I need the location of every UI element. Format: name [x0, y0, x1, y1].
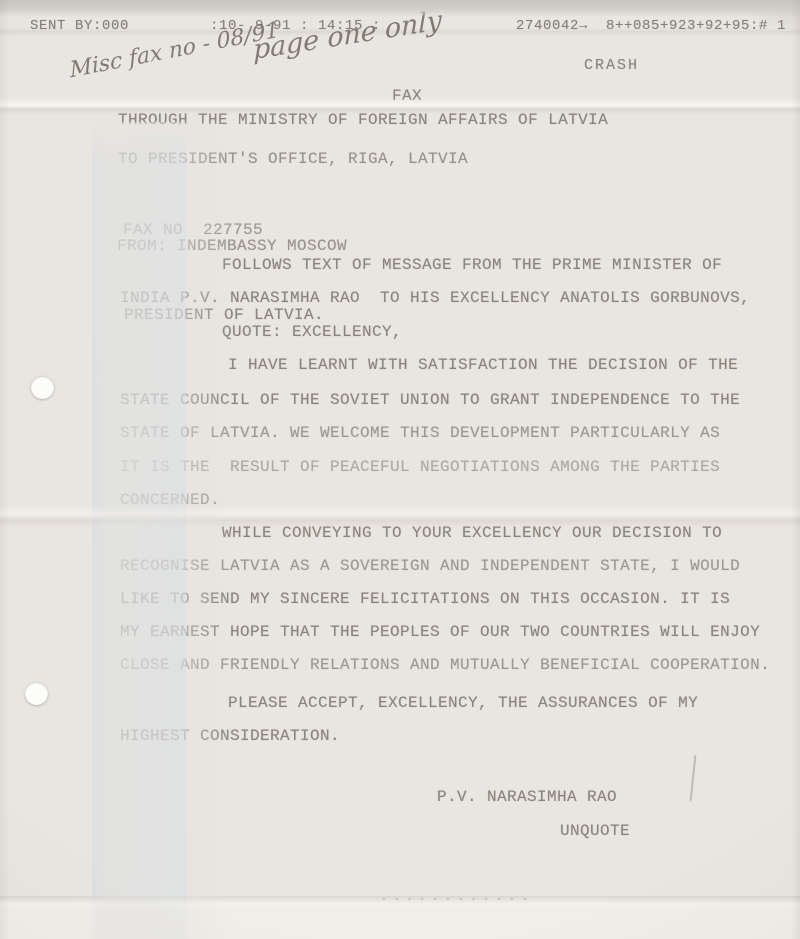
- routing-line: THROUGH THE MINISTRY OF FOREIGN AFFAIRS …: [118, 111, 608, 129]
- unquote-marker: UNQUOTE: [560, 822, 630, 840]
- body-line: CONCERNED.: [120, 491, 220, 509]
- body-line: PLEASE ACCEPT, EXCELLENCY, THE ASSURANCE…: [228, 694, 698, 712]
- body-line: PRESIDENT OF LATVIA.: [124, 306, 324, 324]
- from-line: FROM: INDEMBASSY MOSCOW: [117, 237, 347, 255]
- body-line: CLOSE AND FRIENDLY RELATIONS AND MUTUALL…: [120, 656, 770, 674]
- paper-bottom-band: [0, 905, 800, 939]
- body-line: IT IS THE RESULT OF PEACEFUL NEGOTIATION…: [120, 458, 720, 476]
- body-line: HIGHEST CONSIDERATION.: [120, 727, 340, 745]
- fax-dial-number: 2740042→: [516, 17, 588, 35]
- body-line: INDIA P.V. NARASIMHA RAO TO HIS EXCELLEN…: [120, 289, 750, 307]
- body-line: LIKE TO SEND MY SINCERE FELICITATIONS ON…: [120, 590, 730, 608]
- document-title: FAX: [392, 87, 422, 105]
- body-line: STATE COUNCIL OF THE SOVIET UNION TO GRA…: [120, 391, 740, 409]
- punch-hole: [31, 376, 54, 399]
- fax-station-name: CRASH: [584, 57, 639, 75]
- fax-station-id: 8++085+923+92+95:# 1: [606, 17, 786, 35]
- body-line: RECOGNISE LATVIA AS A SOVEREIGN AND INDE…: [120, 557, 740, 575]
- body-line: STATE OF LATVIA. WE WELCOME THIS DEVELOP…: [120, 424, 720, 442]
- punch-hole: [25, 682, 48, 705]
- fax-sent-by: SENT BY:000: [30, 17, 129, 35]
- body-line: WHILE CONVEYING TO YOUR EXCELLENCY OUR D…: [222, 524, 722, 542]
- body-line: MY EARNEST HOPE THAT THE PEOPLES OF OUR …: [120, 623, 760, 641]
- paper-crease-mark: [690, 755, 697, 801]
- handwritten-note-page-count: page one only: [253, 5, 442, 66]
- body-line: I HAVE LEARNT WITH SATISFACTION THE DECI…: [228, 356, 738, 374]
- fax-document-page: SENT BY:000 :10- 9-91 : 14:15 : 2740042→…: [0, 0, 800, 939]
- body-line: QUOTE: EXCELLENCY,: [222, 323, 402, 341]
- routing-line: TO PRESIDENT'S OFFICE, RIGA, LATVIA: [118, 150, 468, 168]
- body-line: FOLLOWS TEXT OF MESSAGE FROM THE PRIME M…: [222, 256, 722, 274]
- signature-name: P.V. NARASIMHA RAO: [437, 788, 617, 806]
- end-dotted-line: ............: [380, 888, 534, 906]
